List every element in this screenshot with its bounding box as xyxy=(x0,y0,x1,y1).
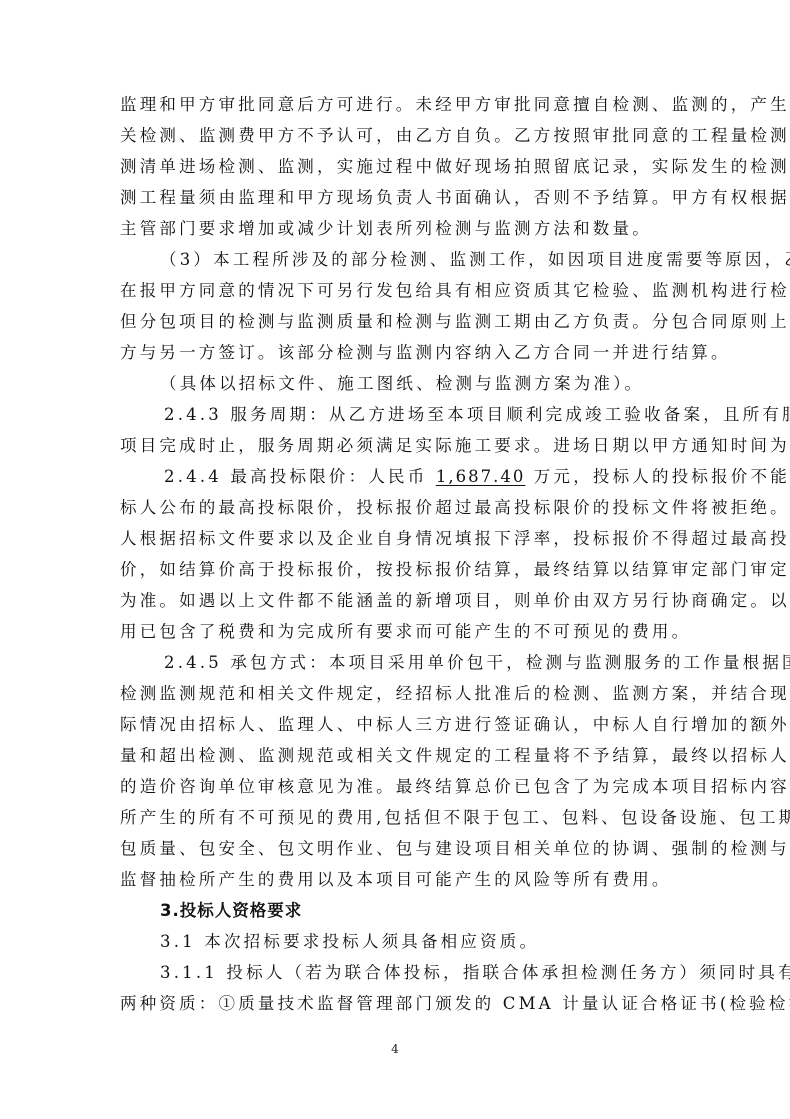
text-line: 主管部门要求增加或减少计划表所列检测与监测方法和数量。 xyxy=(120,213,696,244)
text-line: 在报甲方同意的情况下可另行发包给具有相应资质其它检验、监测机构进行检验。 xyxy=(120,275,696,306)
text-line: 际情况由招标人、监理人、中标人三方进行签证确认，中标人自行增加的额外工作 xyxy=(120,709,696,740)
document-body: 监理和甲方审批同意后方可进行。未经甲方审批同意擅自检测、监测的，产生的相 关检测… xyxy=(120,89,696,1019)
text-line: 2.4.3 服务周期：从乙方进场至本项目顺利完成竣工验收备案，且所有服务 xyxy=(120,399,696,430)
text-line: 标人公布的最高投标限价，投标报价超过最高投标限价的投标文件将被拒绝。投标 xyxy=(120,492,696,523)
text-line: （3）本工程所涉及的部分检测、监测工作，如因项目进度需要等原因，乙方 xyxy=(120,244,696,275)
price-label: 2.4.4 最高投标限价：人民币 xyxy=(164,467,436,486)
text-line: 包质量、包安全、包文明作业、包与建设项目相关单位的协调、强制的检测与监测、 xyxy=(120,833,696,864)
max-bid-amount: 1,687.40 xyxy=(436,467,525,486)
text-line: 测清单进场检测、监测，实施过程中做好现场拍照留底记录，实际发生的检测、监 xyxy=(120,151,696,182)
page-number: 4 xyxy=(0,1042,790,1056)
text-line: 方与另一方签订。该部分检测与监测内容纳入乙方合同一并进行结算。 xyxy=(120,337,696,368)
text-line: 2.4.5 承包方式：本项目采用单价包干，检测与监测服务的工作量根据国家 xyxy=(120,647,696,678)
price-suffix: 万元，投标人的投标报价不能超过招 xyxy=(525,467,790,486)
text-line: 3.1.1 投标人（若为联合体投标，指联合体承担检测任务方）须同时具有以下 xyxy=(120,957,696,988)
text-line: 的造价咨询单位审核意见为准。最终结算总价已包含了为完成本项目招标内容要求 xyxy=(120,771,696,802)
text-line: 检测监测规范和相关文件规定，经招标人批准后的检测、监测方案，并结合现场实 xyxy=(120,678,696,709)
text-line: 为准。如遇以上文件都不能涵盖的新增项目，则单价由双方另行协商确定。以上费 xyxy=(120,585,696,616)
text-line: 测工程量须由监理和甲方现场负责人书面确认，否则不予结算。甲方有权根据行业 xyxy=(120,182,696,213)
text-line-price: 2.4.4 最高投标限价：人民币 1,687.40 万元，投标人的投标报价不能超… xyxy=(120,461,696,492)
text-line: 所产生的所有不可预见的费用,包括但不限于包工、包料、包设备设施、包工期、 xyxy=(120,802,696,833)
section-heading: 3.投标人资格要求 xyxy=(120,895,696,926)
text-line: 监理和甲方审批同意后方可进行。未经甲方审批同意擅自检测、监测的，产生的相 xyxy=(120,89,696,120)
text-line: 关检测、监测费甲方不予认可，由乙方自负。乙方按照审批同意的工程量检测、监 xyxy=(120,120,696,151)
text-line: 两种资质：①质量技术监督管理部门颁发的 CMA 计量认证合格证书(检验检测机构 xyxy=(120,988,696,1019)
text-line: 量和超出检测、监测规范或相关文件规定的工程量将不予结算，最终以招标人委托 xyxy=(120,740,696,771)
text-line: 项目完成时止，服务周期必须满足实际施工要求。进场日期以甲方通知时间为准。 xyxy=(120,430,696,461)
text-line: 价，如结算价高于投标报价，按投标报价结算，最终结算以结算审定部门审定金额 xyxy=(120,554,696,585)
text-line: 但分包项目的检测与监测质量和检测与监测工期由乙方负责。分包合同原则上由乙 xyxy=(120,306,696,337)
document-page: 监理和甲方审批同意后方可进行。未经甲方审批同意擅自检测、监测的，产生的相 关检测… xyxy=(0,0,790,1119)
text-line: 3.1 本次招标要求投标人须具备相应资质。 xyxy=(120,926,696,957)
text-line: （具体以招标文件、施工图纸、检测与监测方案为准）。 xyxy=(120,368,696,399)
text-line: 人根据招标文件要求以及企业自身情况填报下浮率，投标报价不得超过最高投标限 xyxy=(120,523,696,554)
text-line: 监督抽检所产生的费用以及本项目可能产生的风险等所有费用。 xyxy=(120,864,696,895)
text-line: 用已包含了税费和为完成所有要求而可能产生的不可预见的费用。 xyxy=(120,616,696,647)
